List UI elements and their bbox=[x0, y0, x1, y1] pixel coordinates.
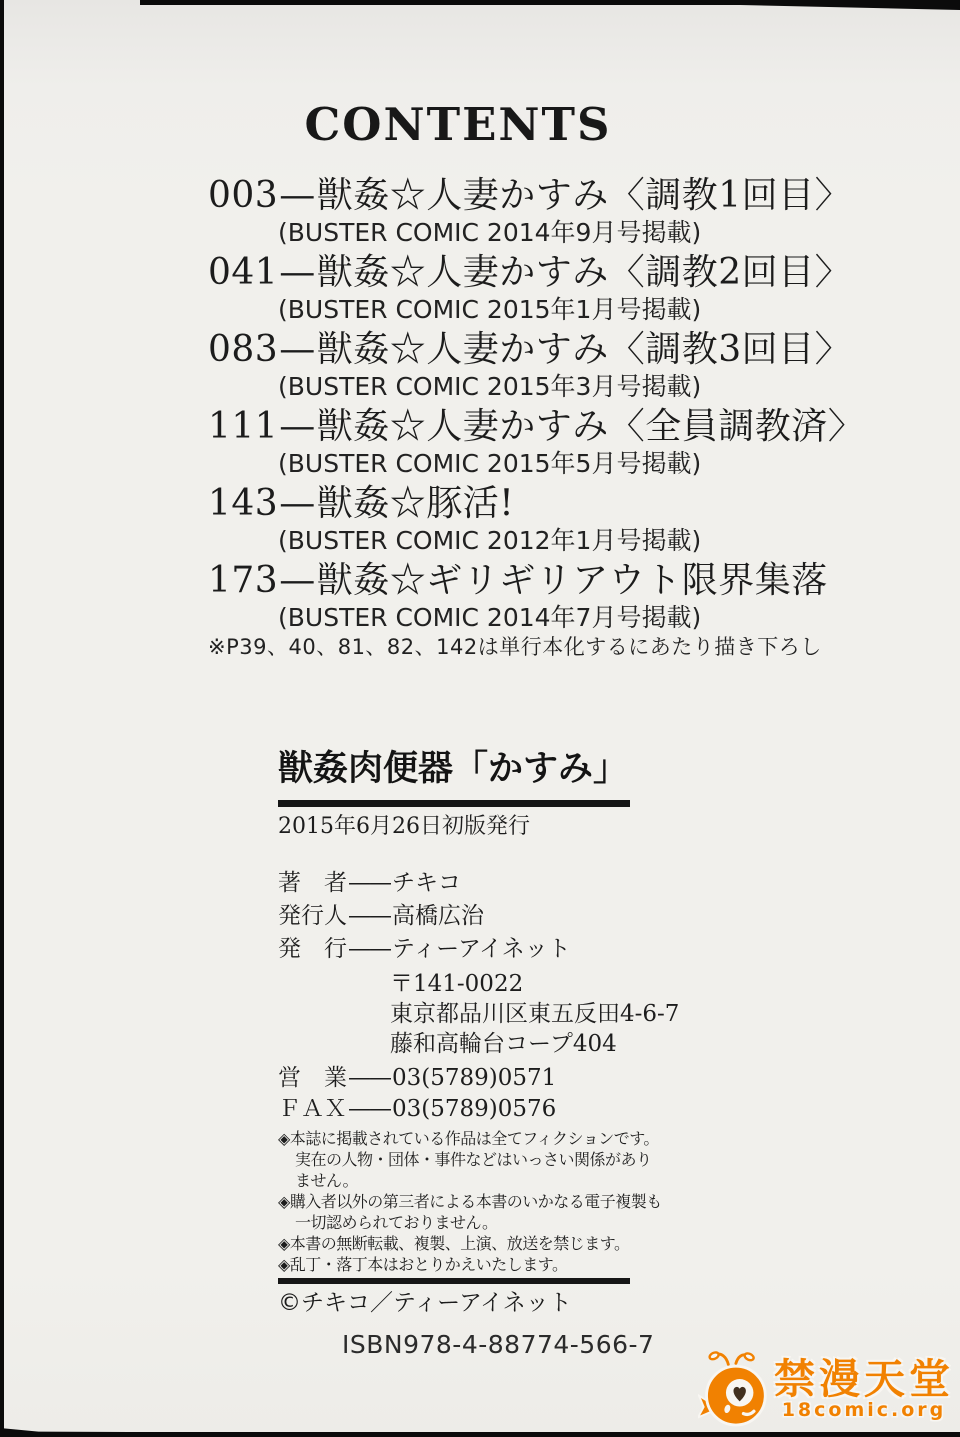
toc-entry: 083—獣姦☆人妻かすみ〈調教3回目〉 (BUSTER COMIC 2015年3… bbox=[208, 327, 768, 400]
toc-page-number: 003 bbox=[208, 175, 278, 216]
toc-entry-title: 041—獣姦☆人妻かすみ〈調教2回目〉 bbox=[208, 250, 768, 296]
colophon: 獣姦肉便器「かすみ」 2015年6月26日初版発行 著 者——チキコ 発行人——… bbox=[278, 746, 668, 1359]
toc-entry-title: 083—獣姦☆人妻かすみ〈調教3回目〉 bbox=[208, 327, 768, 373]
toc-entry: 003—獣姦☆人妻かすみ〈調教1回目〉 (BUSTER COMIC 2014年9… bbox=[208, 173, 768, 246]
toc-page-number: 143 bbox=[208, 483, 278, 524]
toc-entry-source: (BUSTER COMIC 2012年1月号掲載) bbox=[278, 527, 768, 554]
credit-dash: —— bbox=[348, 900, 392, 933]
notice-reproduction: ◈本書の無断転載、複製、上演、放送を禁じます。 bbox=[278, 1233, 662, 1254]
table-of-contents: 003—獣姦☆人妻かすみ〈調教1回目〉 (BUSTER COMIC 2014年9… bbox=[208, 173, 768, 635]
address-line: 藤和高輪台コープ404 bbox=[390, 1029, 668, 1059]
toc-dash: — bbox=[278, 175, 317, 216]
toc-chapter-title: 獣姦☆人妻かすみ〈調教1回目〉 bbox=[317, 175, 851, 216]
contacts-block: 営 業——03(5789)0571 ＦＡＸ——03(5789)0576 bbox=[278, 1063, 668, 1125]
scanned-book-page: CONTENTS 003—獣姦☆人妻かすみ〈調教1回目〉 (BUSTER COM… bbox=[0, 0, 960, 1437]
publisher-address: 〒141-0022 東京都品川区東五反田4-6-7 藤和高輪台コープ404 bbox=[390, 969, 668, 1059]
toc-entry-title: 003—獣姦☆人妻かすみ〈調教1回目〉 bbox=[208, 173, 768, 219]
toc-page-number: 041 bbox=[208, 252, 278, 293]
toc-entry-title: 173—獣姦☆ギリギリアウト限界集落 bbox=[208, 558, 768, 604]
toc-footnote: ※P39、40、81、82、142は単行本化するにあたり描き下ろし bbox=[208, 631, 822, 661]
contact-label: ＦＡＸ bbox=[278, 1094, 348, 1125]
isbn-number: ISBN978-4-88774-566-7 bbox=[342, 1330, 668, 1359]
toc-entry-source: (BUSTER COMIC 2015年1月号掲載) bbox=[278, 296, 768, 323]
watermark-site-url: 18comic.org bbox=[782, 1400, 947, 1420]
toc-chapter-title: 獣姦☆豚活! bbox=[317, 483, 514, 524]
toc-page-number: 083 bbox=[208, 329, 278, 370]
toc-page-number: 173 bbox=[208, 560, 278, 601]
credit-author: 著 者——チキコ bbox=[278, 867, 668, 900]
notice-digital-copy: ◈購入者以外の第三者による本書のいかなる電子複製も一切認められておりません。 bbox=[278, 1191, 662, 1233]
site-watermark: 禁漫天堂 18comic.org bbox=[698, 1349, 954, 1429]
credits-block: 著 者——チキコ 発行人——高橋広治 発 行——ティーアイネット bbox=[278, 867, 668, 966]
toc-chapter-title: 獣姦☆人妻かすみ〈調教3回目〉 bbox=[317, 329, 851, 370]
toc-dash: — bbox=[278, 560, 317, 601]
toc-entry: 041—獣姦☆人妻かすみ〈調教2回目〉 (BUSTER COMIC 2015年1… bbox=[208, 250, 768, 323]
page-title: CONTENTS bbox=[0, 98, 916, 151]
scan-edge-top-right bbox=[690, 0, 960, 10]
contact-sales: 営 業——03(5789)0571 bbox=[278, 1063, 668, 1094]
toc-entry: 111—獣姦☆人妻かすみ〈全員調教済〉 (BUSTER COMIC 2015年5… bbox=[208, 404, 768, 477]
credit-value: 高橋広治 bbox=[392, 903, 484, 929]
legal-notices: ◈本誌に掲載されている作品は全てフィクションです。実在の人物・団体・事件などはい… bbox=[278, 1128, 662, 1275]
contact-fax: ＦＡＸ——03(5789)0576 bbox=[278, 1094, 668, 1125]
toc-dash: — bbox=[278, 329, 317, 370]
toc-entry-source: (BUSTER COMIC 2014年9月号掲載) bbox=[278, 219, 768, 246]
credit-value: チキコ bbox=[392, 870, 461, 896]
contact-label: 営 業 bbox=[278, 1063, 348, 1094]
postal-code: 〒141-0022 bbox=[390, 969, 668, 999]
scan-edge-left bbox=[0, 0, 4, 1437]
toc-page-number: 111 bbox=[208, 406, 278, 447]
credit-publisher-person: 発行人——高橋広治 bbox=[278, 900, 668, 933]
toc-entry-title: 111—獣姦☆人妻かすみ〈全員調教済〉 bbox=[208, 404, 768, 450]
credit-dash: —— bbox=[348, 867, 392, 900]
toc-dash: — bbox=[278, 406, 317, 447]
credit-label: 発 行 bbox=[278, 933, 348, 966]
book-title: 獣姦肉便器「かすみ」 bbox=[278, 746, 668, 792]
toc-entry: 173—獣姦☆ギリギリアウト限界集落 (BUSTER COMIC 2014年7月… bbox=[208, 558, 768, 631]
notice-fiction: ◈本誌に掲載されている作品は全てフィクションです。実在の人物・団体・事件などはい… bbox=[278, 1128, 662, 1191]
title-underline bbox=[278, 800, 630, 807]
toc-entry-source: (BUSTER COMIC 2014年7月号掲載) bbox=[278, 604, 768, 631]
toc-entry-source: (BUSTER COMIC 2015年3月号掲載) bbox=[278, 373, 768, 400]
watermark-text: 禁漫天堂 18comic.org bbox=[774, 1358, 954, 1420]
edition-date: 2015年6月26日初版発行 bbox=[278, 813, 668, 841]
whale-mascot-icon bbox=[698, 1349, 770, 1429]
contact-dash: —— bbox=[348, 1063, 392, 1094]
credit-label: 発行人 bbox=[278, 900, 348, 933]
toc-dash: — bbox=[278, 483, 317, 524]
toc-entry-title: 143—獣姦☆豚活! bbox=[208, 481, 768, 527]
notice-defective-copy: ◈乱丁・落丁本はおとりかえいたします。 bbox=[278, 1254, 662, 1275]
toc-chapter-title: 獣姦☆人妻かすみ〈全員調教済〉 bbox=[317, 406, 865, 447]
address-line: 東京都品川区東五反田4-6-7 bbox=[390, 999, 668, 1029]
credit-dash: —— bbox=[348, 933, 392, 966]
toc-dash: — bbox=[278, 252, 317, 293]
toc-chapter-title: 獣姦☆ギリギリアウト限界集落 bbox=[317, 560, 828, 601]
toc-chapter-title: 獣姦☆人妻かすみ〈調教2回目〉 bbox=[317, 252, 851, 293]
credit-publisher-company: 発 行——ティーアイネット bbox=[278, 933, 668, 966]
contact-value: 03(5789)0576 bbox=[392, 1096, 556, 1122]
watermark-site-name: 禁漫天堂 bbox=[774, 1358, 954, 1400]
toc-entry: 143—獣姦☆豚活! (BUSTER COMIC 2012年1月号掲載) bbox=[208, 481, 768, 554]
credit-value: ティーアイネット bbox=[392, 936, 571, 962]
credit-label: 著 者 bbox=[278, 867, 348, 900]
copyright-divider bbox=[278, 1278, 630, 1284]
contact-value: 03(5789)0571 bbox=[392, 1065, 556, 1091]
copyright-line: ©チキコ／ティーアイネット bbox=[278, 1290, 668, 1316]
contact-dash: —— bbox=[348, 1094, 392, 1125]
toc-entry-source: (BUSTER COMIC 2015年5月号掲載) bbox=[278, 450, 768, 477]
